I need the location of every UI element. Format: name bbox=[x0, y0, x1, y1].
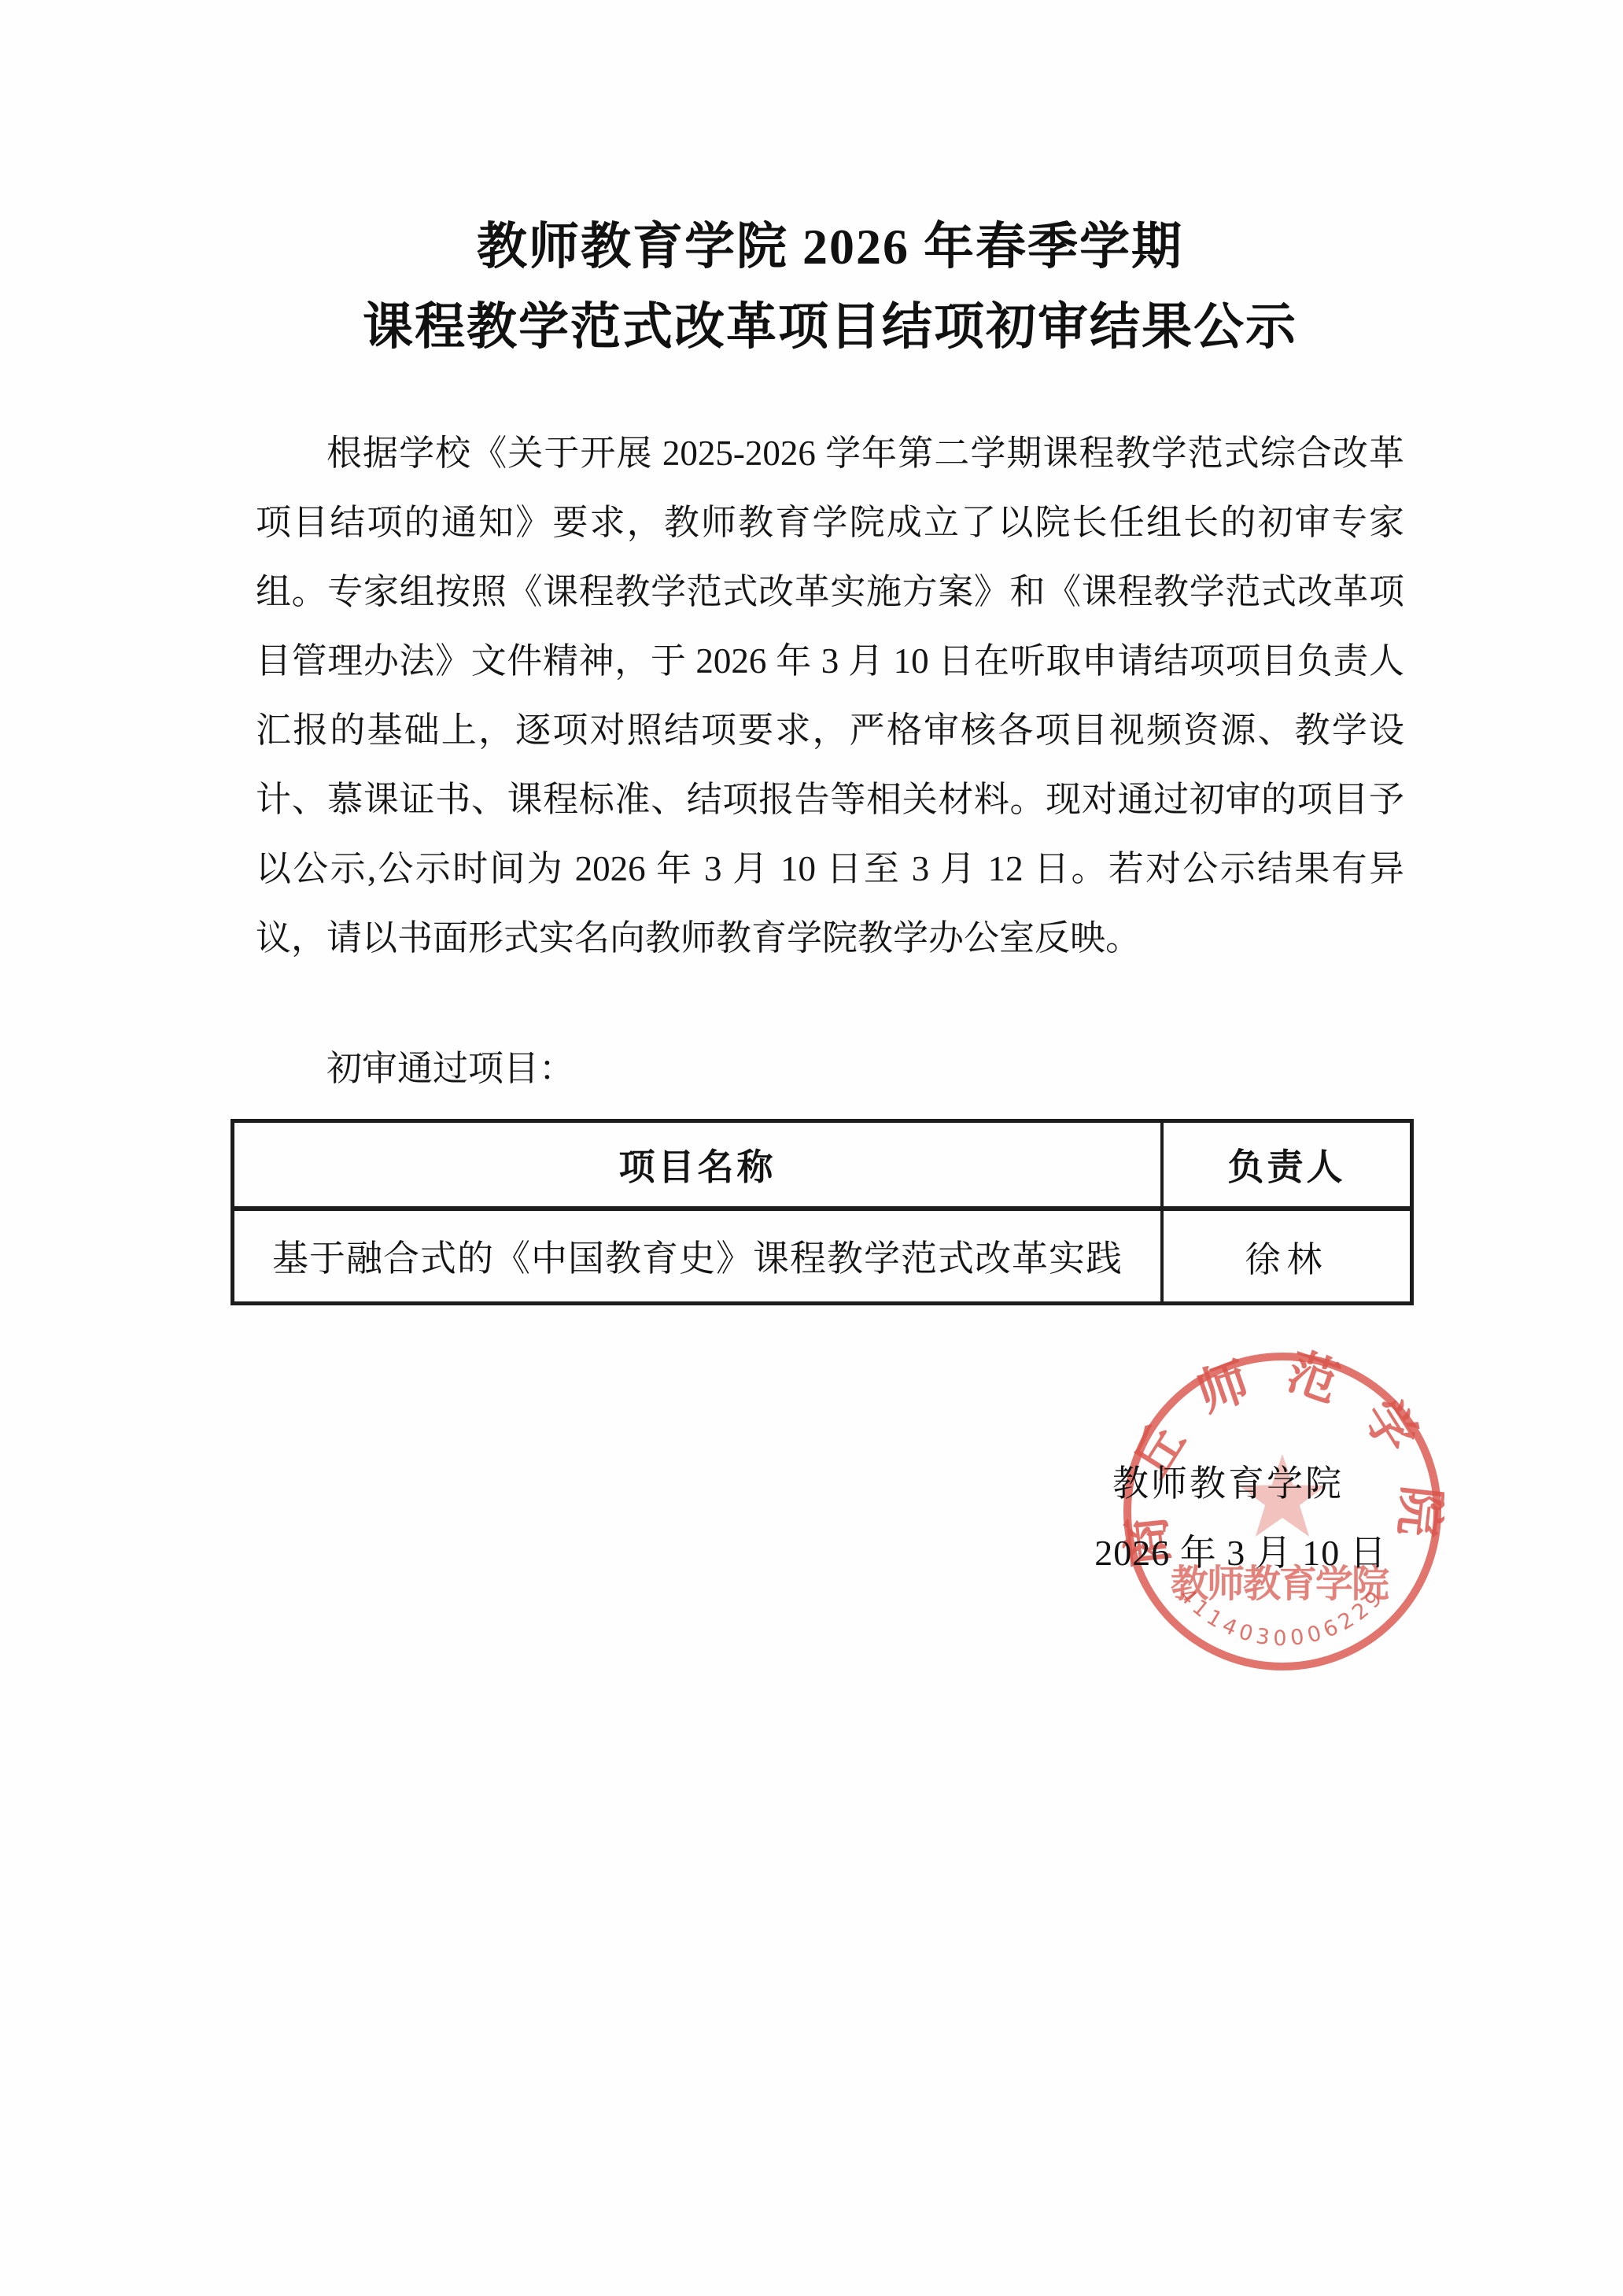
project-name-cell: 基于融合式的《中国教育史》课程教学范式改革实践 bbox=[233, 1209, 1163, 1304]
results-table: 项目名称 负责人 基于融合式的《中国教育史》课程教学范式改革实践 徐林 bbox=[231, 1119, 1414, 1305]
signature-org: 教师教育学院 bbox=[1031, 1464, 1425, 1504]
seal-serial-number: 4114030006229 bbox=[1175, 1583, 1390, 1651]
document-page: 教师教育学院 2026 年春季学期 课程教学范式改革项目结项初审结果公示 根据学… bbox=[0, 0, 1623, 2296]
document-title-line-2: 课程教学范式改革项目结项初审结果公示 bbox=[256, 299, 1404, 356]
table-header-row: 项目名称 负责人 bbox=[233, 1121, 1412, 1209]
list-intro: 初审通过项目： bbox=[326, 1048, 574, 1089]
official-seal: 商丘师范学院 教师教育学院 4114030006229 bbox=[1120, 1349, 1444, 1674]
document-title-line-1: 教师教育学院 2026 年春季学期 bbox=[256, 219, 1404, 275]
signature-date: 2026 年 3 月 10 日 bbox=[1044, 1533, 1437, 1574]
seal-ring bbox=[1127, 1357, 1437, 1667]
body-paragraph: 根据学校《关于开展 2025-2026 学年第二学期课程教学范式综合改革项目结项… bbox=[256, 419, 1404, 973]
table-row: 基于融合式的《中国教育史》课程教学范式改革实践 徐林 bbox=[233, 1209, 1412, 1304]
leader-header: 负责人 bbox=[1162, 1121, 1412, 1209]
svg-text:4114030006229: 4114030006229 bbox=[1175, 1583, 1390, 1651]
project-name-header: 项目名称 bbox=[233, 1121, 1163, 1209]
leader-name-cell: 徐林 bbox=[1162, 1209, 1412, 1304]
